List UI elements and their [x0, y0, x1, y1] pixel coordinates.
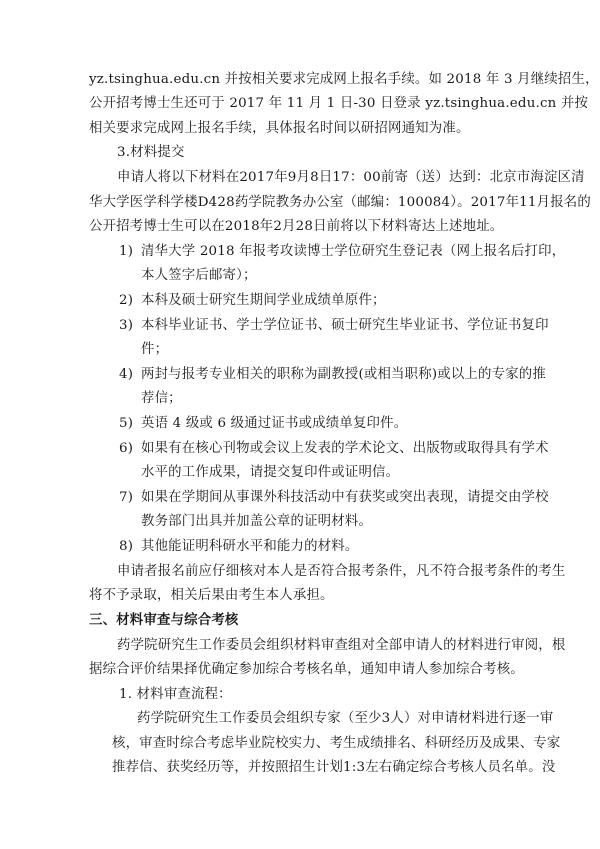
section-3-para-line-2: 据综合评价结果择优确定参加综合考核名单，通知申请人参加综合考核。	[89, 661, 524, 679]
intro-line-1: yz.tsinghua.edu.cn 并按相关要求完成网上报名手续。如 2018…	[89, 71, 599, 89]
list-item-text: 两封与报考专业相关的职称为副教授(或相当职称)或以上的专家的推	[141, 366, 546, 384]
list-item-number: 2)	[119, 292, 133, 310]
notice-line-2: 将不予录取，相关后果由考生本人承担。	[89, 587, 334, 605]
list-item-text: 件；	[141, 341, 168, 359]
sub-1-para-line-1: 药学院研究生工作委员会组织专家（至少3人）对申请材料进行逐一审	[137, 710, 553, 728]
subsection-3-title: 3.材料提交	[117, 144, 185, 162]
list-item-text: 荐信；	[141, 390, 182, 408]
subsection-3-para-line-1: 申请人将以下材料在2017年9月8日17：00前寄（送）达到：北京市海淀区清	[117, 169, 585, 187]
list-item-number: 7)	[119, 489, 133, 507]
list-item-text: 如果在学期间从事课外科技活动中有获奖或突出表现，请提交由学校	[141, 489, 549, 507]
list-item-number: 6)	[119, 440, 133, 458]
notice-line-1: 申请者报名前应仔细核对本人是否符合报考条件，凡不符合报考条件的考生	[117, 563, 566, 581]
list-item-number: 8)	[119, 538, 133, 556]
list-item-text: 教务部门出具并加盖公章的证明材料。	[141, 513, 372, 531]
list-item-text: 其他能证明科研水平和能力的材料。	[141, 538, 358, 556]
section-3-para-line-1: 药学院研究生工作委员会组织材料审查组对全部申请人的材料进行审阅，根	[117, 637, 566, 655]
list-item-number: 3)	[119, 317, 133, 335]
sub-1-para-line-3: 推荐信、获奖经历等，并按照招生计划1:3左右确定综合考核人员名单。没	[112, 759, 555, 777]
section-3-title: 三、材料审查与综合考核	[89, 612, 239, 630]
list-item-text: 水平的工作成果，请提交复印件或证明信。	[141, 464, 399, 482]
list-item-text: 英语 4 级或 6 级通过证书或成绩单复印件。	[141, 415, 407, 433]
sub-1-title: 1. 材料审查流程：	[119, 686, 232, 704]
list-item-text: 本人签字后邮寄）；	[141, 267, 257, 285]
subsection-3-para-line-2: 华大学医学科学楼D428药学院教务办公室（邮编：100084）。2017年11月…	[89, 194, 591, 212]
list-item-text: 本科及硕士研究生期间学业成绩单原件；	[141, 292, 386, 310]
subsection-3-para-line-3: 公开招考博士生可以在2018年2月28日前将以下材料寄达上述地址。	[89, 218, 503, 236]
list-item-number: 5)	[119, 415, 133, 433]
intro-line-3: 相关要求完成网上报名手续，具体报名时间以研招网通知为准。	[89, 120, 470, 138]
list-item-number: 4)	[119, 366, 133, 384]
list-item-text: 本科毕业证书、学士学位证书、硕士研究生毕业证书、学位证书复印	[141, 317, 549, 335]
sub-1-para-line-2: 核，审查时综合考虑毕业院校实力、考生成绩排名、科研经历及成果、专家	[112, 735, 561, 753]
list-item-text: 清华大学 2018 年报考攻读博士学位研究生登记表（网上报名后打印，	[141, 243, 565, 261]
document-page: yz.tsinghua.edu.cn 并按相关要求完成网上报名手续。如 2018…	[0, 0, 600, 849]
list-item-number: 1)	[119, 243, 133, 261]
list-item-text: 如果有在核心刊物或会议上发表的学术论文、出版物或取得具有学术	[141, 440, 549, 458]
intro-line-2: 公开招考博士生还可于 2017 年 11 月 1 日-30 日登录 yz.tsi…	[89, 95, 588, 113]
